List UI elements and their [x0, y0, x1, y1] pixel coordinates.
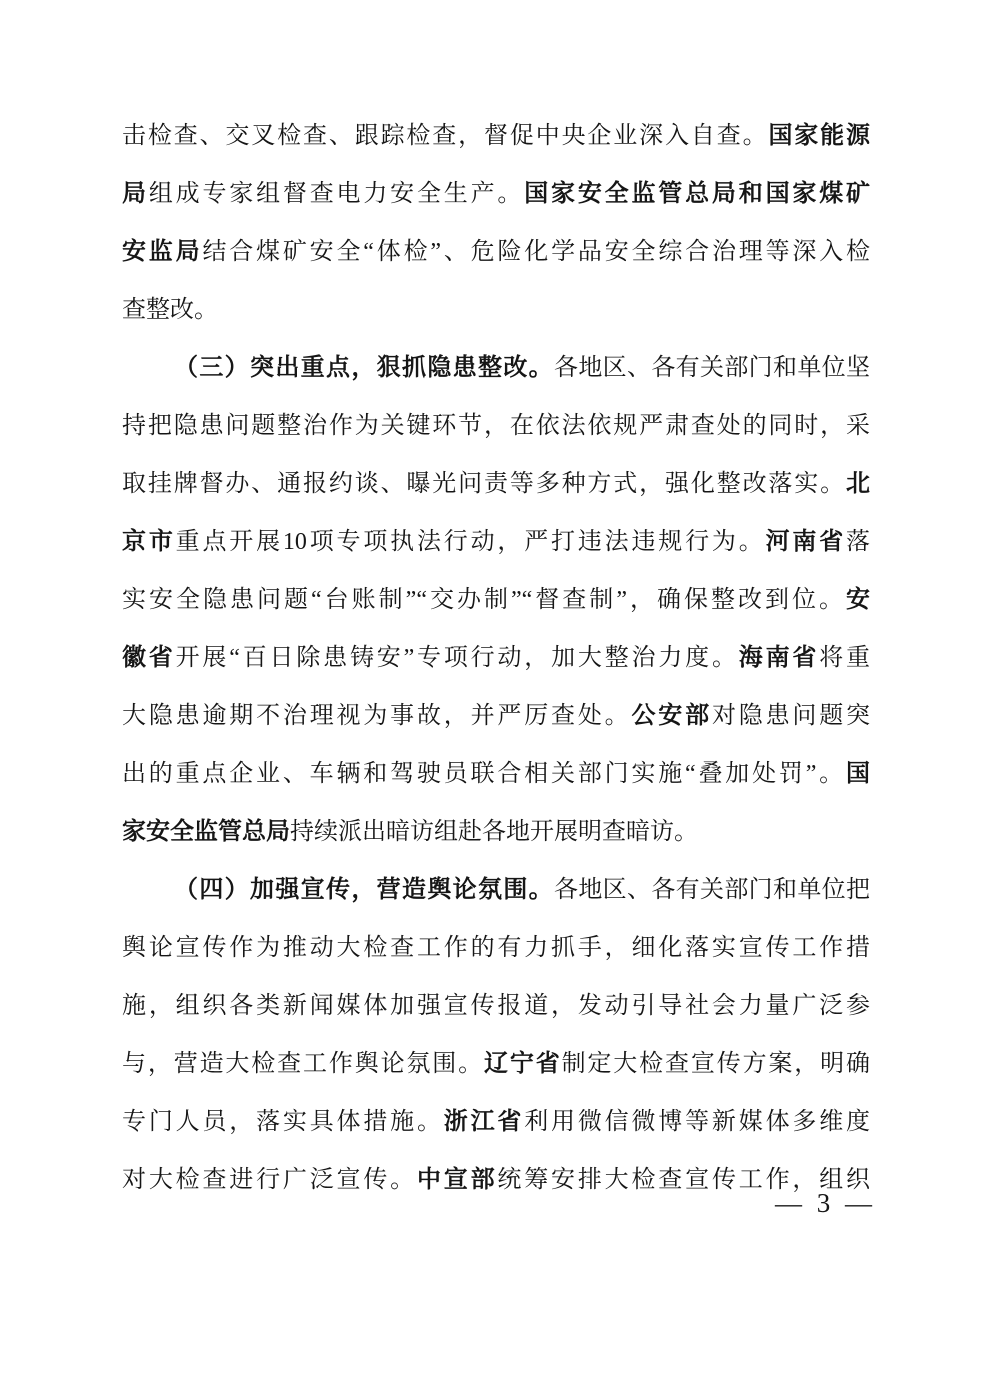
text-run: 出的重点企业、车辆和驾驶员联合相关部门实施“叠加处罚”。 [122, 761, 846, 787]
text-run: 徽省 [122, 645, 176, 671]
text-run: 持把隐患问题整治作为关键环节，在依法依规严肃查处的同时，采 [122, 413, 870, 439]
text-line: 与，营造大检查工作舆论氛围。辽宁省制定大检查宣传方案，明确 [122, 1035, 870, 1093]
text-run: 结合煤矿安全“体检”、危险化学品安全综合治理等深入检 [202, 239, 870, 265]
text-run: 制定大检查宣传方案，明确 [562, 1051, 870, 1077]
text-line: 徽省开展“百日除患铸安”专项行动，加大整治力度。海南省将重 [122, 629, 870, 687]
text-line: （三）突出重点，狠抓隐患整改。各地区、各有关部门和单位坚 [122, 339, 870, 397]
text-run: 组成专家组督查电力安全生产。 [149, 181, 524, 207]
document-body: 击检查、交叉检查、跟踪检查，督促中央企业深入自查。国家能源局组成专家组督查电力安… [122, 107, 870, 1209]
text-line: 击检查、交叉检查、跟踪检查，督促中央企业深入自查。国家能源 [122, 107, 870, 165]
text-run: 京市 [122, 529, 176, 555]
text-run: 击检查、交叉检查、跟踪检查，督促中央企业深入自查。 [122, 123, 768, 149]
text-line: 舆论宣传作为推动大检查工作的有力抓手，细化落实宣传工作措 [122, 919, 870, 977]
text-run: 国 [846, 761, 870, 787]
text-run: 河南省 [766, 529, 846, 555]
text-run: 家安全监管总局 [122, 819, 290, 845]
text-run: 公安部 [631, 703, 711, 729]
text-run: 取挂牌督办、通报约谈、曝光问责等多种方式，强化整改落实。 [122, 471, 846, 497]
text-line: 家安全监管总局持续派出暗访组赴各地开展明查暗访。 [122, 803, 870, 861]
text-run: 国家安全监管总局和国家煤矿 [524, 181, 870, 207]
text-run: 对隐患问题突 [712, 703, 870, 729]
text-line: 京市重点开展10项专项执法行动，严打违法违规行为。河南省落 [122, 513, 870, 571]
text-run: 各地区、各有关部门和单位把 [554, 877, 870, 903]
text-run: 落 [846, 529, 870, 555]
text-run: 浙江省 [444, 1109, 524, 1135]
text-run: 利用微信微博等新媒体多维度 [524, 1109, 870, 1135]
text-run: 专门人员，落实具体措施。 [122, 1109, 444, 1135]
text-run: 查整改。 [122, 297, 218, 323]
text-run: 与，营造大检查工作舆论氛围。 [122, 1051, 484, 1077]
text-line: 专门人员，落实具体措施。浙江省利用微信微博等新媒体多维度 [122, 1093, 870, 1151]
text-line: 持把隐患问题整治作为关键环节，在依法依规严肃查处的同时，采 [122, 397, 870, 455]
text-run: 舆论宣传作为推动大检查工作的有力抓手，细化落实宣传工作措 [122, 935, 870, 961]
text-line: 实安全隐患问题“台账制”“交办制”“督查制”，确保整改到位。安 [122, 571, 870, 629]
text-line: 施，组织各类新闻媒体加强宣传报道，发动引导社会力量广泛参 [122, 977, 870, 1035]
text-line: 大隐患逾期不治理视为事故，并严厉查处。公安部对隐患问题突 [122, 687, 870, 745]
text-run: 各地区、各有关部门和单位坚 [554, 355, 870, 381]
text-line: 安监局结合煤矿安全“体检”、危险化学品安全综合治理等深入检 [122, 223, 870, 281]
text-run: 大隐患逾期不治理视为事故，并严厉查处。 [122, 703, 631, 729]
text-run: 开展“百日除患铸安”专项行动，加大整治力度。 [176, 645, 739, 671]
text-line: 出的重点企业、车辆和驾驶员联合相关部门实施“叠加处罚”。国 [122, 745, 870, 803]
document-page: 击检查、交叉检查、跟踪检查，督促中央企业深入自查。国家能源局组成专家组督查电力安… [0, 0, 985, 1392]
text-line: （四）加强宣传，营造舆论氛围。各地区、各有关部门和单位把 [122, 861, 870, 919]
text-line: 局组成专家组督查电力安全生产。国家安全监管总局和国家煤矿 [122, 165, 870, 223]
text-run: 将重 [819, 645, 870, 671]
text-run: 重点开展10项专项执法行动，严打违法违规行为。 [176, 529, 766, 555]
section-heading-run: （三）突出重点，狠抓隐患整改。 [174, 355, 554, 381]
text-run: 海南省 [739, 645, 819, 671]
text-run: 实安全隐患问题“台账制”“交办制”“督查制”，确保整改到位。 [122, 587, 846, 613]
text-run: 施，组织各类新闻媒体加强宣传报道，发动引导社会力量广泛参 [122, 993, 870, 1019]
text-line: 取挂牌督办、通报约谈、曝光问责等多种方式，强化整改落实。北 [122, 455, 870, 513]
text-run: 局 [122, 181, 149, 207]
page-number: — 3 — [0, 1188, 876, 1219]
text-run: 安 [846, 587, 870, 613]
text-run: 国家能源 [768, 123, 870, 149]
text-line: 查整改。 [122, 281, 870, 339]
text-run: 持续派出暗访组赴各地开展明查暗访。 [290, 819, 698, 845]
section-heading-run: （四）加强宣传，营造舆论氛围。 [174, 877, 554, 903]
text-run: 北 [846, 471, 870, 497]
text-run: 安监局 [122, 239, 202, 265]
text-run: 辽宁省 [484, 1051, 562, 1077]
